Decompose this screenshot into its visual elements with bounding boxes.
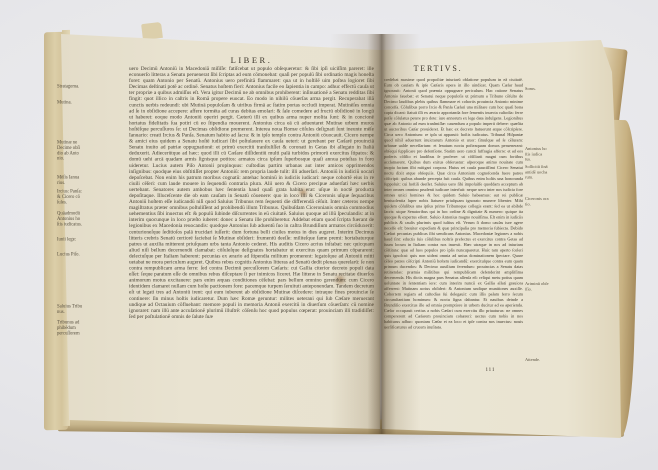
margin-note-antonius-hostis: Quāadmodū Antonius ho ſtis iudicatus. xyxy=(57,211,128,227)
margin-note-ciceronis-oratio: Ciceronis ora tio. xyxy=(525,196,577,207)
margin-note-mensis-ianuarius: Mēſis Ianua rius. xyxy=(57,175,128,186)
margin-note-stratagema: Stratagema. xyxy=(57,84,128,89)
margin-note-consules: Ircius: Panſa: & Cicero cō ſules. xyxy=(57,189,128,205)
margin-note-iunii-lege: Iunii lege: xyxy=(57,237,128,242)
right-page-body-text: credebat maxime quod propoſitæ iniuriarū… xyxy=(384,77,523,377)
margin-note-lucius-piso: Lucius Piſo. xyxy=(57,252,128,257)
running-head-right: TERTIVS. xyxy=(383,64,493,73)
margin-note-saluius-tribunus: Saluius Tribu nus. xyxy=(57,304,128,315)
margin-note-mutinae-obsidio: Mutinæ ne Decime obſi dio ab Anto nio. xyxy=(57,140,128,162)
margin-note-mutina: Mutina. xyxy=(57,100,128,105)
margin-note-tribunus-prohibendum: Tribunus ad phibēdum percuſſorem xyxy=(57,320,128,336)
left-page-text-block: uero Decimū Antoniū in Macedoniā miſiſſe… xyxy=(129,66,374,393)
signature-mark: iii xyxy=(486,367,496,373)
running-head-left: LIBER. xyxy=(130,55,373,65)
margin-note-soms: Soms. xyxy=(525,86,577,91)
margin-note-antonius-iudicatus: Antonius ho ſtis iudica tus. xyxy=(525,146,577,162)
book-photograph: LIBER. uero Decimū Antoniū in Macedoniā … xyxy=(0,0,658,470)
margin-note-sollicitudo: Sollicitū ſinā antidē uocha rum. xyxy=(525,164,577,180)
margin-note-attende: Attende. xyxy=(525,357,577,362)
page-edge-tab xyxy=(141,22,163,40)
left-page-body-text: uero Decimū Antoniū in Macedoniā miſiſſe… xyxy=(129,66,374,393)
right-page-text-block: credebat maxime quod propoſitæ iniuriarū… xyxy=(384,77,523,377)
margin-note-ariminum-obsessio: Ariminū obſe ſſio. xyxy=(525,281,577,292)
